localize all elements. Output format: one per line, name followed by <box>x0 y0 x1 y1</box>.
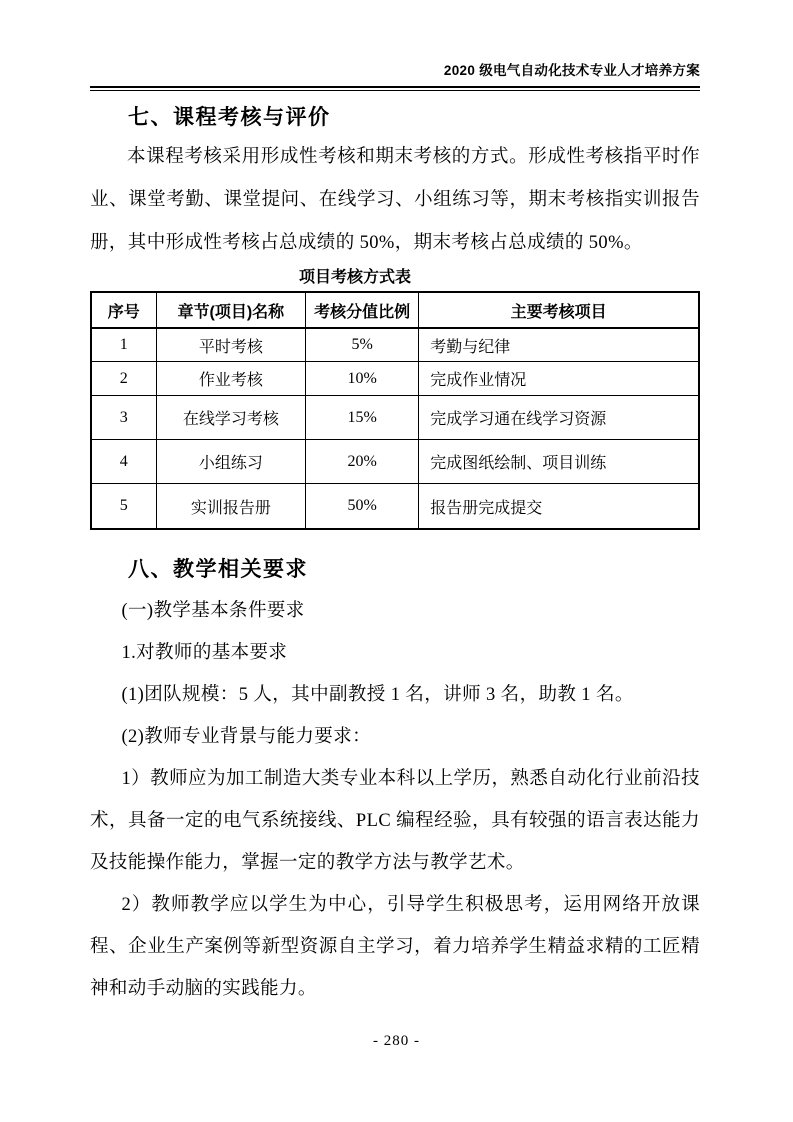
running-header-title: 2020 级电气自动化技术专业人才培养方案 <box>90 62 700 79</box>
section8-body: (一)教学基本条件要求 1.对教师的基本要求 (1)团队规模：5 人，其中副教授… <box>90 590 700 1010</box>
table-row: 2 作业考核 10% 完成作业情况 <box>91 362 699 396</box>
document-page: 2020 级电气自动化技术专业人才培养方案 七、课程考核与评价 本课程考核采用形… <box>0 0 793 1122</box>
section8-subheading-basic-conditions: (一)教学基本条件要求 <box>90 590 700 632</box>
assessment-table: 序号 章节(项目)名称 考核分值比例 主要考核项目 1 平时考核 5% 考勤与纪… <box>90 291 700 530</box>
cell-score-ratio: 5% <box>306 328 419 362</box>
table-row: 1 平时考核 5% 考勤与纪律 <box>91 328 699 362</box>
section8-item-team-size: (1)团队规模：5 人，其中副教授 1 名，讲师 3 名，助教 1 名。 <box>90 674 700 716</box>
section8-paragraph-teaching-method: 2）教师教学应以学生为中心，引导学生积极思考，运用网络开放课程、企业生产案例等新… <box>90 884 700 1010</box>
section8-item-background-requirements: (2)教师专业背景与能力要求： <box>90 716 700 758</box>
cell-main-items: 考勤与纪律 <box>419 328 699 362</box>
cell-score-ratio: 20% <box>306 440 419 484</box>
cell-index: 2 <box>91 362 156 396</box>
cell-chapter-name: 实训报告册 <box>156 484 306 530</box>
cell-chapter-name: 作业考核 <box>156 362 306 396</box>
header-divider-rule <box>90 86 700 91</box>
cell-main-items: 报告册完成提交 <box>419 484 699 530</box>
cell-main-items: 完成图纸绘制、项目训练 <box>419 440 699 484</box>
section8-title: 八、教学相关要求 <box>90 556 700 583</box>
page-content: 2020 级电气自动化技术专业人才培养方案 七、课程考核与评价 本课程考核采用形… <box>90 0 700 1010</box>
cell-main-items: 完成学习通在线学习资源 <box>419 396 699 440</box>
cell-index: 3 <box>91 396 156 440</box>
cell-score-ratio: 15% <box>306 396 419 440</box>
column-header-main-items: 主要考核项目 <box>419 292 699 328</box>
column-header-chapter-name: 章节(项目)名称 <box>156 292 306 328</box>
cell-chapter-name: 平时考核 <box>156 328 306 362</box>
section7-title: 七、课程考核与评价 <box>90 104 700 131</box>
table-row: 5 实训报告册 50% 报告册完成提交 <box>91 484 699 530</box>
page-number: - 280 - <box>0 1032 793 1050</box>
cell-score-ratio: 50% <box>306 484 419 530</box>
assessment-table-caption: 项目考核方式表 <box>50 265 660 290</box>
table-row: 3 在线学习考核 15% 完成学习通在线学习资源 <box>91 396 699 440</box>
cell-chapter-name: 小组练习 <box>156 440 306 484</box>
column-header-score-ratio: 考核分值比例 <box>306 292 419 328</box>
cell-index: 5 <box>91 484 156 530</box>
table-header-row: 序号 章节(项目)名称 考核分值比例 主要考核项目 <box>91 292 699 328</box>
table-row: 4 小组练习 20% 完成图纸绘制、项目训练 <box>91 440 699 484</box>
column-header-index: 序号 <box>91 292 156 328</box>
cell-chapter-name: 在线学习考核 <box>156 396 306 440</box>
section8-paragraph-teacher-qualification: 1）教师应为加工制造大类专业本科以上学历，熟悉自动化行业前沿技术，具备一定的电气… <box>90 758 700 884</box>
cell-index: 1 <box>91 328 156 362</box>
cell-score-ratio: 10% <box>306 362 419 396</box>
section8-subheading-teacher-requirements: 1.对教师的基本要求 <box>90 632 700 674</box>
cell-main-items: 完成作业情况 <box>419 362 699 396</box>
section7-paragraph: 本课程考核采用形成性考核和期末考核的方式。形成性考核指平时作业、课堂考勤、课堂提… <box>90 136 700 265</box>
cell-index: 4 <box>91 440 156 484</box>
